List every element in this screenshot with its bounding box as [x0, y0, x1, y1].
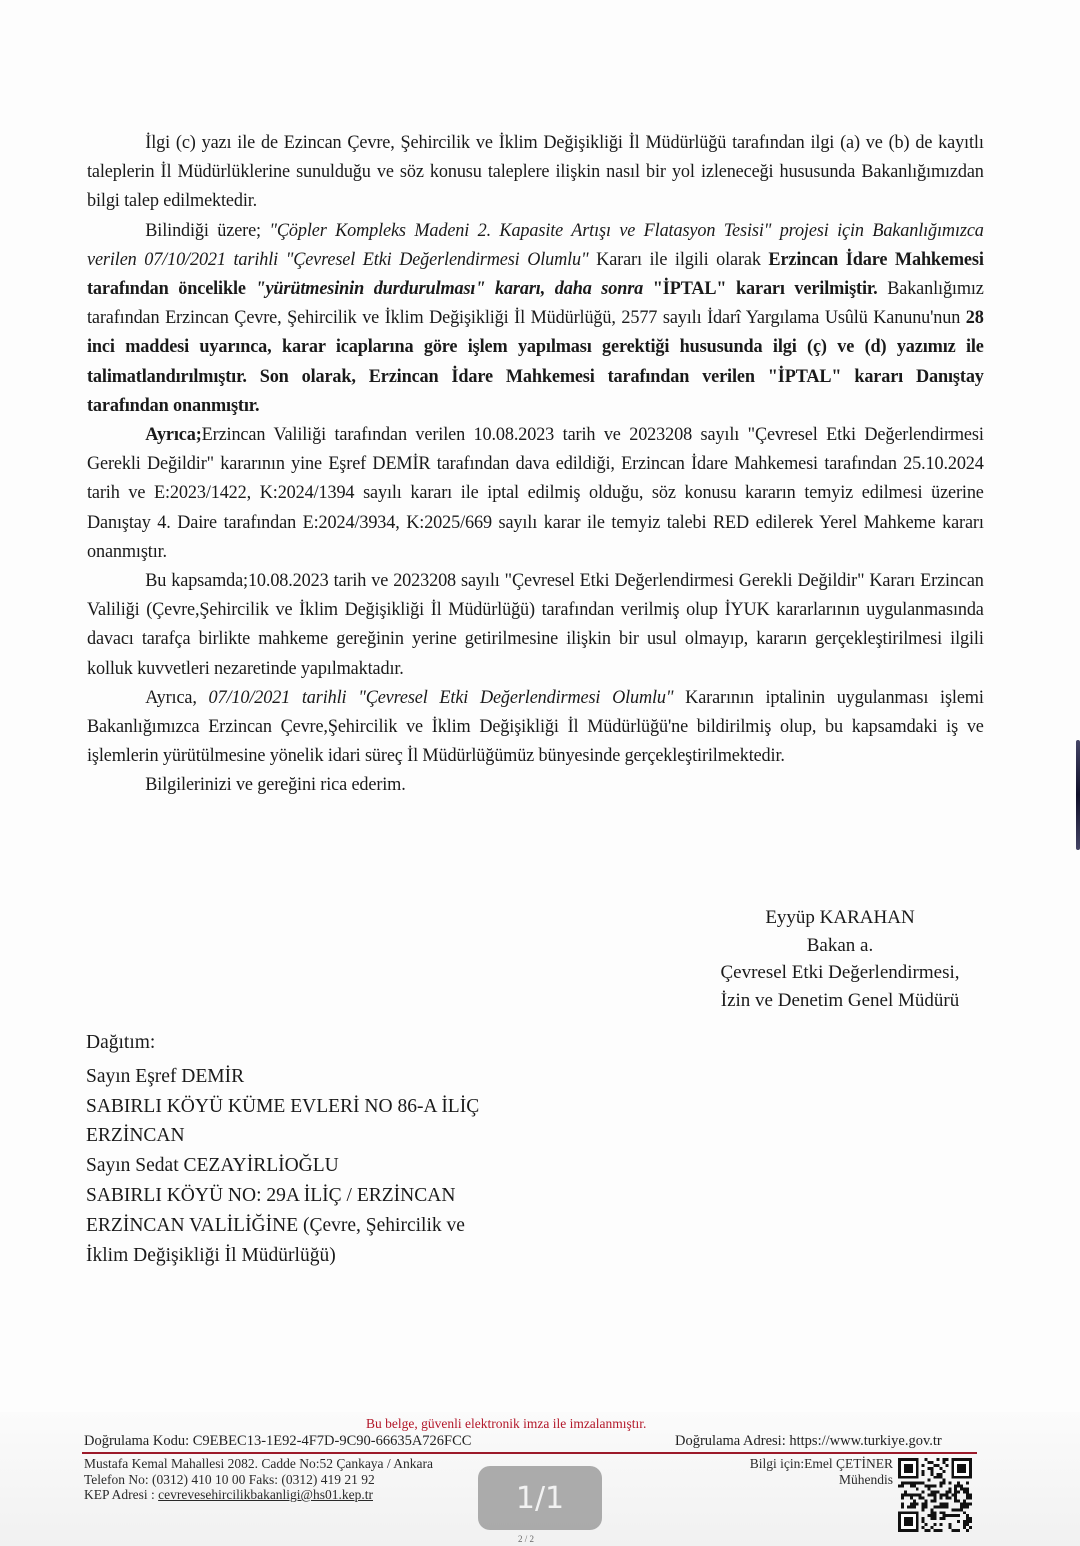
paragraph-closing: Bilgilerinizi ve gereğini rica ederim.	[87, 770, 984, 799]
verification-address: Doğrulama Adresi: https://www.turkiye.go…	[675, 1433, 942, 1450]
signatory-title-line1: Çevresel Etki Değerlendirmesi,	[690, 959, 990, 987]
contact-title: Mühendis	[715, 1472, 893, 1488]
text-segment: "İPTAL" kararı verilmiştir.	[643, 278, 877, 299]
distribution-line: ERZİNCAN VALİLİĞİNE (Çevre, Şehircilik v…	[84, 1211, 564, 1241]
contact-name: Bilgi için:Emel ÇETİNER	[715, 1456, 893, 1472]
text-segment: Erzincan Valiliği tarafından verilen 10.…	[87, 424, 984, 562]
text-segment: "yürütmesinin durdurulması" kararı, daha…	[255, 278, 643, 299]
paragraph-1: İlgi (c) yazı ile de Ezincan Çevre, Şehi…	[87, 128, 984, 216]
distribution-line: İklim Değişikliği İl Müdürlüğü)	[84, 1241, 564, 1271]
paragraph-2: Bilindiği üzere; "Çöpler Kompleks Madeni…	[87, 216, 984, 420]
distribution-line: SABIRLI KÖYÜ KÜME EVLERİ NO 86-A İLİÇ	[84, 1092, 564, 1122]
kep-address-link[interactable]: cevrevesehircilikbakanligi@hs01.kep.tr	[158, 1487, 373, 1502]
phone-fax: Telefon No: (0312) 410 10 00 Faks: (0312…	[84, 1472, 433, 1488]
signatory-title-line2: İzin ve Denetim Genel Müdürü	[690, 987, 990, 1015]
text-segment: Kararı ile ilgili olarak	[589, 249, 769, 270]
page-indicator: 1/1	[478, 1466, 602, 1530]
document-footer: Bu belge, güvenli elektronik imza ile im…	[0, 1412, 1080, 1546]
verification-code: Doğrulama Kodu: C9EBEC13-1E92-4F7D-9C90-…	[84, 1433, 471, 1450]
paragraph-5: Ayrıca, 07/10/2021 tarihli "Çevresel Etk…	[87, 683, 984, 771]
distribution-line: Sayın Sedat CEZAYİRLİOĞLU	[84, 1151, 564, 1181]
signatory-name: Eyyüp KARAHAN	[690, 904, 990, 932]
letter-body: İlgi (c) yazı ile de Ezincan Çevre, Şehi…	[87, 128, 984, 800]
distribution-line: SABIRLI KÖYÜ NO: 29A İLİÇ / ERZİNCAN	[84, 1181, 564, 1211]
distribution-line: ERZİNCAN	[84, 1121, 564, 1151]
text-segment: Ayrıca;	[145, 424, 201, 445]
text-segment: Ayrıca,	[145, 687, 208, 708]
distribution-label: Dağıtım:	[86, 1028, 564, 1058]
document-page: İlgi (c) yazı ile de Ezincan Çevre, Şehi…	[0, 0, 1080, 1546]
text-segment: Bilindiği üzere;	[145, 220, 269, 241]
text-segment: 07/10/2021 tarihli "Çevresel Etki Değerl…	[209, 687, 674, 708]
kep-label: KEP Adresi :	[84, 1487, 158, 1502]
scan-edge-mark	[1076, 740, 1080, 850]
esign-notice: Bu belge, güvenli elektronik imza ile im…	[366, 1416, 646, 1432]
kep-address-line: KEP Adresi : cevrevesehircilikbakanligi@…	[84, 1487, 433, 1503]
contact-info: Bilgi için:Emel ÇETİNER Mühendis	[715, 1456, 893, 1487]
signature-block: Eyyüp KARAHAN Bakan a. Çevresel Etki Değ…	[690, 904, 990, 1014]
paragraph-4: Bu kapsamda;10.08.2023 tarih ve 2023208 …	[87, 566, 984, 683]
text-segment: Bilgilerinizi ve gereğini rica ederim.	[145, 774, 405, 795]
footer-divider	[82, 1452, 977, 1454]
printed-page-number: 2 / 2	[518, 1534, 534, 1544]
text-segment: İlgi (c) yazı ile de Ezincan Çevre, Şehi…	[87, 132, 984, 211]
street-address: Mustafa Kemal Mahallesi 2082. Cadde No:5…	[84, 1456, 433, 1472]
paragraph-3: Ayrıca;Erzincan Valiliği tarafından veri…	[87, 420, 984, 566]
signatory-on-behalf: Bakan a.	[690, 932, 990, 960]
qr-code-icon	[898, 1458, 972, 1532]
distribution-list: Dağıtım: Sayın Eşref DEMİR SABIRLI KÖYÜ …	[84, 1028, 564, 1270]
distribution-line: Sayın Eşref DEMİR	[84, 1062, 564, 1092]
ministry-address: Mustafa Kemal Mahallesi 2082. Cadde No:5…	[84, 1456, 433, 1503]
text-segment: Bu kapsamda;10.08.2023 tarih ve 2023208 …	[87, 570, 984, 679]
